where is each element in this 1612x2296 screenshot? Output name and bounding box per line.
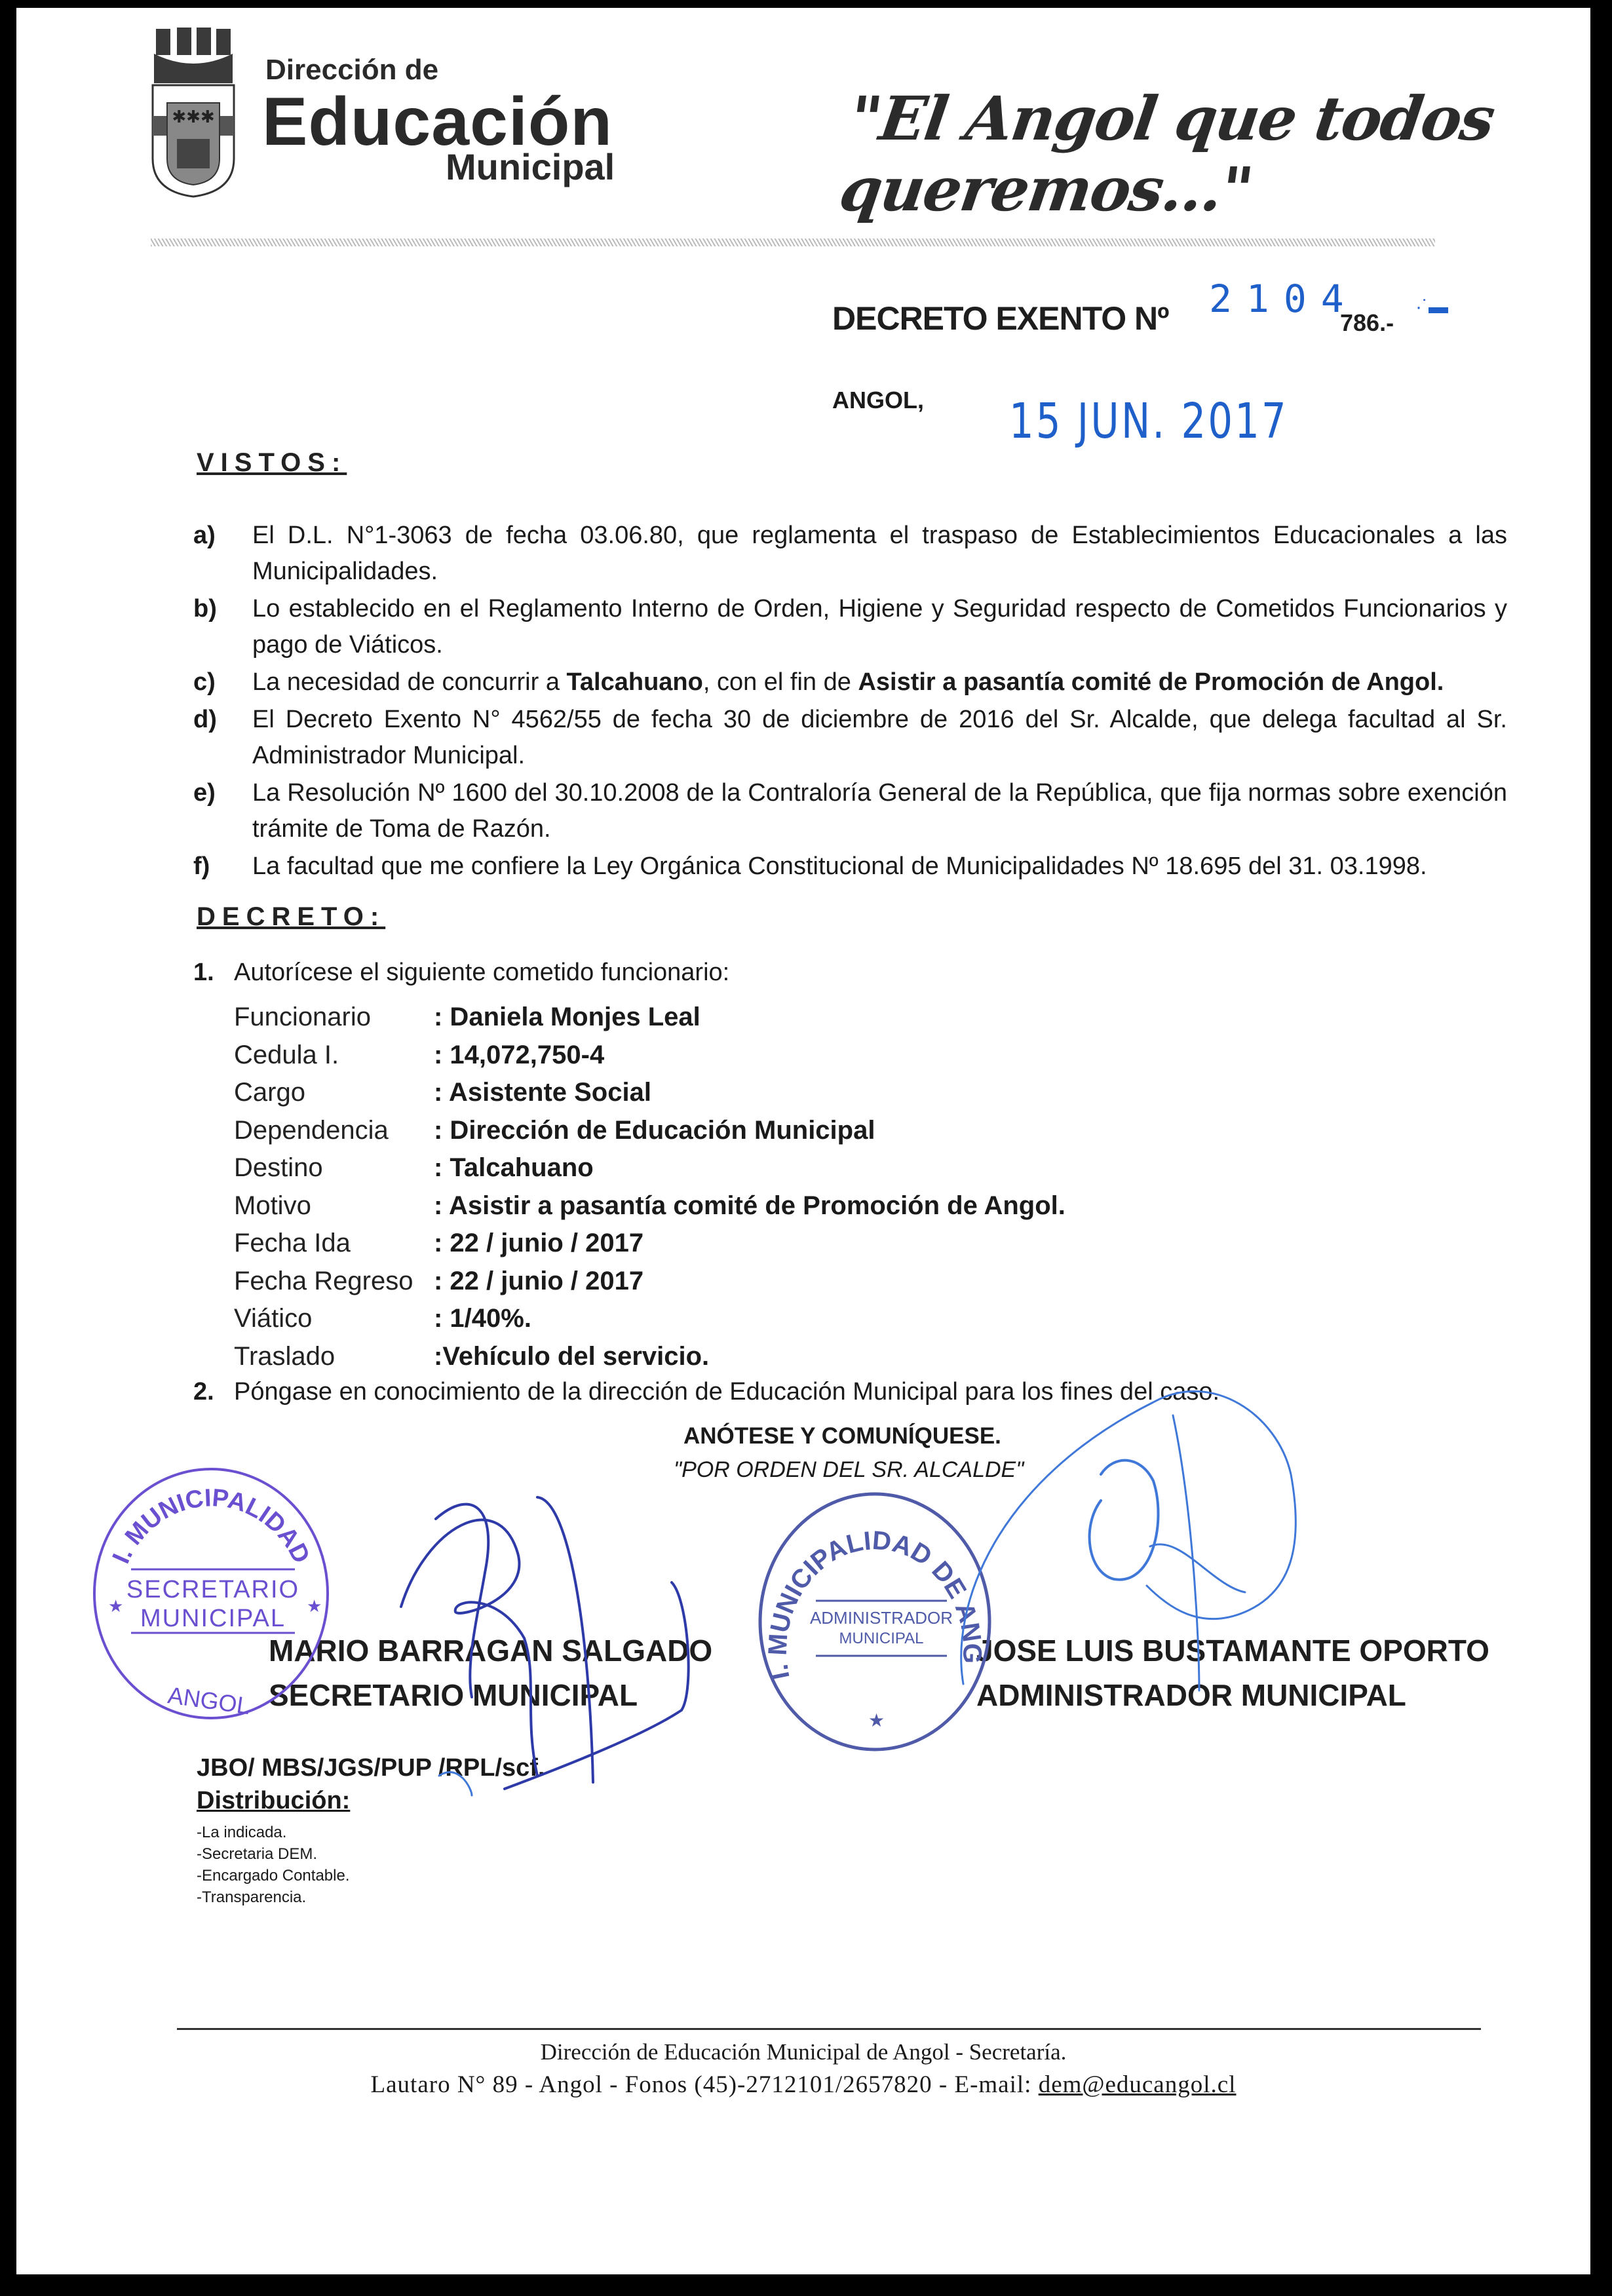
field-row: Funcionario: Daniela Monjes Leal [234, 999, 1065, 1037]
decreto-heading: DECRETO: [197, 902, 385, 932]
typed-decree-number: 786.- [1340, 309, 1394, 337]
signatory-1-name: MARIO BARRAGAN SALGADO [269, 1633, 712, 1668]
field-value: : Daniela Monjes Leal [434, 1003, 700, 1032]
vistos-item: c)La necesidad de concurrir a Talcahuano… [193, 664, 1507, 700]
vistos-item: e)La Resolución Nº 1600 del 30.10.2008 d… [193, 775, 1507, 847]
footer-line2: Lautaro N° 89 - Angol - Fonos (45)-27121… [16, 2071, 1590, 2099]
field-value: : Talcahuano [434, 1153, 594, 1183]
field-value: :Vehículo del servicio. [434, 1342, 709, 1371]
field-value: : Dirección de Educación Municipal [434, 1116, 875, 1145]
vistos-item: d)El Decreto Exento N° 4562/55 de fecha … [193, 702, 1507, 774]
email-link[interactable]: dem@educangol.cl [1039, 2071, 1237, 2098]
org-name-line3: Municipal [446, 145, 615, 188]
field-value: : 14,072,750-4 [434, 1041, 604, 1070]
document-page: ✱✱✱ Dirección de Educación Municipal "El… [16, 8, 1590, 2274]
field-label: Fecha Regreso [234, 1267, 434, 1296]
por-orden-text: "POR ORDEN DEL SR. ALCALDE" [674, 1457, 1024, 1483]
distribution-item: -Secretaria DEM. [197, 1843, 349, 1865]
footer-line1: Dirección de Educación Municipal de Ango… [16, 2039, 1590, 2065]
place-label: ANGOL, [832, 387, 924, 414]
vistos-item: a)El D.L. N°1-3063 de fecha 03.06.80, qu… [193, 518, 1507, 590]
distribution-list: -La indicada.-Secretaria DEM.-Encargado … [197, 1822, 349, 1908]
item-label: f) [193, 849, 252, 885]
footer-address: Lautaro N° 89 - Angol - Fonos (45)-27121… [371, 2071, 1039, 2098]
field-row: Motivo: Asistir a pasantía comité de Pro… [234, 1187, 1065, 1225]
item-text: La necesidad de concurrir a Talcahuano, … [252, 664, 1507, 700]
point-number: 1. [193, 955, 234, 990]
field-row: Fecha Regreso: 22 / junio / 2017 [234, 1263, 1065, 1301]
field-value: : 1/40%. [434, 1304, 531, 1333]
stamped-date: 15 JUN. 2017 [1009, 393, 1288, 450]
anotese-text: ANÓTESE Y COMUNÍQUESE. [683, 1423, 1001, 1449]
vistos-item: f)La facultad que me confiere la Ley Org… [193, 849, 1507, 885]
assignment-fields: Funcionario: Daniela Monjes LealCedula I… [234, 999, 1065, 1375]
distribution-heading: Distribución: [197, 1787, 350, 1815]
ink-marks: ·˙▬ [1415, 296, 1448, 318]
distribution-item: -Transparencia. [197, 1886, 349, 1908]
footer-divider [177, 2028, 1481, 2030]
signatory-1-role: SECRETARIO MUNICIPAL [269, 1677, 638, 1713]
field-value: : Asistente Social [434, 1078, 651, 1107]
field-row: Destino: Talcahuano [234, 1149, 1065, 1187]
field-row: Traslado:Vehículo del servicio. [234, 1338, 1065, 1376]
org-name-line1: Dirección de [265, 54, 438, 86]
field-row: Cargo: Asistente Social [234, 1074, 1065, 1112]
slogan: "El Angol que todos queremos..." [835, 83, 1600, 225]
item-text: La facultad que me confiere la Ley Orgán… [252, 849, 1507, 885]
item-text: El D.L. N°1-3063 de fecha 03.06.80, que … [252, 518, 1507, 590]
field-label: Destino [234, 1153, 434, 1183]
header-divider [151, 239, 1435, 246]
svg-text:✱✱✱: ✱✱✱ [172, 107, 214, 126]
field-value: : 22 / junio / 2017 [434, 1229, 643, 1258]
vistos-item: b)Lo establecido en el Reglamento Intern… [193, 591, 1507, 663]
stamped-decree-number: 2104 [1209, 277, 1358, 321]
field-value: : 22 / junio / 2017 [434, 1267, 643, 1296]
decree-title: DECRETO EXENTO Nº [832, 299, 1168, 337]
decree-point-2: 2.Póngase en conocimiento de la direcció… [193, 1374, 1219, 1409]
field-row: Dependencia: Dirección de Educación Muni… [234, 1112, 1065, 1150]
field-label: Funcionario [234, 1003, 434, 1032]
field-label: Cedula I. [234, 1041, 434, 1070]
field-label: Traslado [234, 1342, 434, 1371]
field-value: : Asistir a pasantía comité de Promoción… [434, 1191, 1065, 1221]
field-label: Cargo [234, 1078, 434, 1107]
decree-point-1: 1.Autorícese el siguiente cometido funci… [193, 955, 729, 990]
item-label: e) [193, 775, 252, 847]
distribution-item: -Encargado Contable. [197, 1865, 349, 1886]
point-text: Póngase en conocimiento de la dirección … [234, 1378, 1219, 1406]
initials: JBO/ MBS/JGS/PUP /RPL/scf. [197, 1754, 545, 1782]
field-label: Fecha Ida [234, 1229, 434, 1258]
item-text: Lo establecido en el Reglamento Interno … [252, 591, 1507, 663]
item-text: El Decreto Exento N° 4562/55 de fecha 30… [252, 702, 1507, 774]
field-row: Fecha Ida: 22 / junio / 2017 [234, 1225, 1065, 1263]
item-label: b) [193, 591, 252, 663]
item-label: a) [193, 518, 252, 590]
distribution-item: -La indicada. [197, 1822, 349, 1843]
field-label: Dependencia [234, 1116, 434, 1145]
coat-of-arms-icon: ✱✱✱ [151, 28, 236, 198]
point-number: 2. [193, 1374, 234, 1409]
vistos-heading: VISTOS: [197, 448, 347, 478]
field-row: Viático: 1/40%. [234, 1300, 1065, 1338]
field-label: Viático [234, 1304, 434, 1333]
item-label: c) [193, 664, 252, 700]
vistos-list: a)El D.L. N°1-3063 de fecha 03.06.80, qu… [193, 518, 1507, 886]
field-label: Motivo [234, 1191, 434, 1221]
item-label: d) [193, 702, 252, 774]
signatory-2-role: ADMINISTRADOR MUNICIPAL [976, 1677, 1406, 1713]
item-text: La Resolución Nº 1600 del 30.10.2008 de … [252, 775, 1507, 847]
point-text: Autorícese el siguiente cometido funcion… [234, 959, 729, 986]
signatory-2-name: JOSE LUIS BUSTAMANTE OPORTO [976, 1633, 1489, 1668]
field-row: Cedula I.: 14,072,750-4 [234, 1037, 1065, 1075]
